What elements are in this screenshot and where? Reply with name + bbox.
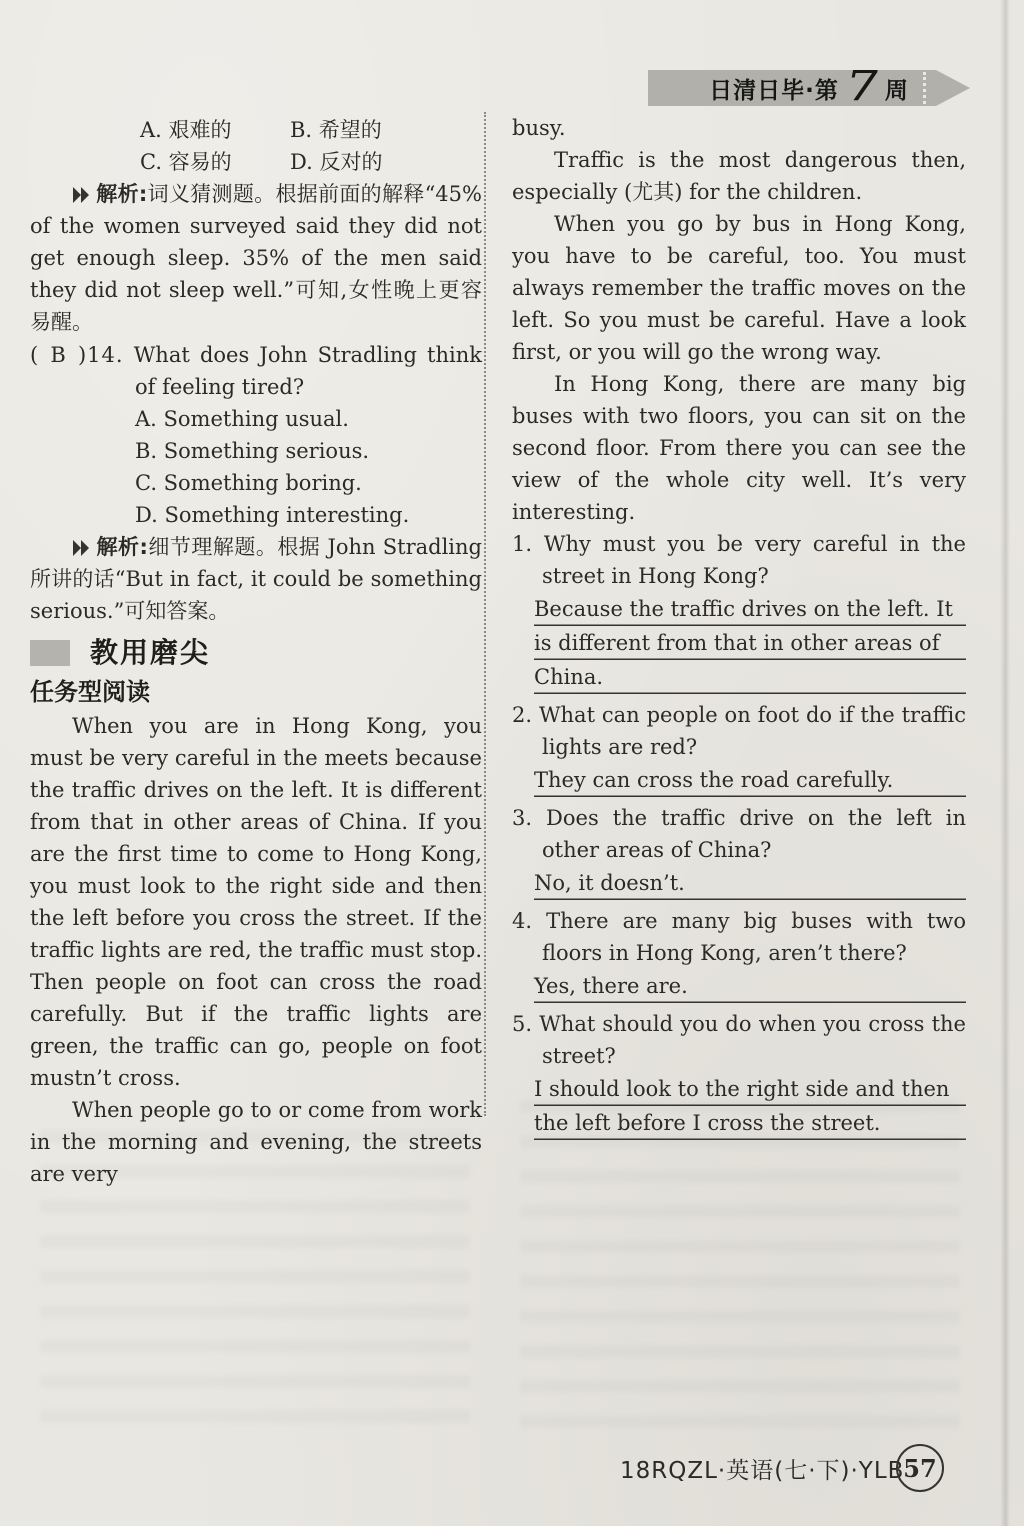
- analysis-label: 解析:: [96, 535, 148, 559]
- question-text: 3. Does the traffic drive on the left in…: [512, 802, 966, 866]
- answer-line: Yes, there are.: [534, 969, 966, 1003]
- question-body: Why must you be very careful in the stre…: [542, 532, 966, 588]
- double-arrow-icon: [72, 539, 92, 557]
- option-b: B. 希望的: [290, 114, 482, 146]
- question-number: 5.: [512, 1012, 532, 1036]
- option-d: D. 反对的: [290, 146, 482, 178]
- right-column: busy. Traffic is the most dangerous then…: [512, 112, 966, 1145]
- question-number: 1.: [512, 532, 532, 556]
- subsection-title: 任务型阅读: [30, 676, 482, 708]
- passage-paragraph-2: When people go to or come from work in t…: [30, 1094, 482, 1190]
- header-banner: 日清日毕·第 7 周: [648, 70, 970, 106]
- page-footer: 18RQZL·英语(七·下)·YLB 57: [0, 1444, 1024, 1492]
- passage-paragraph-5: In Hong Kong, there are many big buses w…: [512, 368, 966, 528]
- passage-paragraph-1: When you are in Hong Kong, you must be v…: [30, 710, 482, 1094]
- question-14-answer-bracket: ( B )14.: [30, 343, 124, 367]
- option-c: C. 容易的: [140, 146, 290, 178]
- reading-question-4: 4. There are many big buses with two flo…: [512, 905, 966, 1003]
- question-body: What can people on foot do if the traffi…: [539, 703, 966, 759]
- word-options-row-2: C. 容易的 D. 反对的: [30, 146, 482, 178]
- question-14-option-a: A. Something usual.: [30, 403, 482, 435]
- word-options-row-1: A. 艰难的 B. 希望的: [30, 114, 482, 146]
- question-number: 4.: [512, 909, 532, 933]
- analysis-paragraph-1: 解析:词义猜测题。根据前面的解释“45% of the women survey…: [30, 178, 482, 338]
- question-number: 3.: [512, 806, 532, 830]
- left-column: A. 艰难的 B. 希望的 C. 容易的 D. 反对的 解析:词义猜测题。根据前…: [30, 114, 482, 1190]
- page-number: 57: [903, 1454, 936, 1483]
- question-14-text: What does John Stradling think of feelin…: [134, 343, 482, 399]
- question-body: Does the traffic drive on the left in ot…: [542, 806, 966, 862]
- reading-question-5: 5. What should you do when you cross the…: [512, 1008, 966, 1140]
- double-arrow-icon: [72, 186, 92, 204]
- banner-title-prefix: 日清日毕·第: [709, 72, 839, 105]
- question-14: ( B )14. What does John Stradling think …: [30, 339, 482, 403]
- answer-line: I should look to the right side and then…: [534, 1072, 966, 1140]
- banner-week-number: 7: [847, 66, 879, 102]
- passage-paragraph-3: Traffic is the most dangerous then, espe…: [512, 144, 966, 208]
- question-14-option-c: C. Something boring.: [30, 467, 482, 499]
- answer-line: Because the traffic drives on the left. …: [534, 592, 966, 694]
- answer-line: No, it doesn’t.: [534, 866, 966, 900]
- question-14-option-d: D. Something interesting.: [30, 499, 482, 531]
- question-text: 4. There are many big buses with two flo…: [512, 905, 966, 969]
- reading-question-2: 2. What can people on foot do if the tra…: [512, 699, 966, 797]
- banner-title-suffix: 周: [885, 72, 909, 105]
- passage-paragraph-4: When you go by bus in Hong Kong, you hav…: [512, 208, 966, 368]
- footer-book-code: 18RQZL·英语(七·下)·YLB: [620, 1452, 904, 1485]
- question-text: 2. What can people on foot do if the tra…: [512, 699, 966, 763]
- page-number-badge: 57: [896, 1444, 944, 1492]
- reading-question-1: 1. Why must you be very careful in the s…: [512, 528, 966, 694]
- reading-question-3: 3. Does the traffic drive on the left in…: [512, 802, 966, 900]
- section-marker-box: [30, 640, 70, 666]
- option-a: A. 艰难的: [140, 114, 290, 146]
- question-text: 5. What should you do when you cross the…: [512, 1008, 966, 1072]
- passage-paragraph-2-continuation: busy.: [512, 112, 966, 144]
- question-14-option-b: B. Something serious.: [30, 435, 482, 467]
- banner-dotted-line: [923, 72, 926, 104]
- answer-line: They can cross the road carefully.: [534, 763, 966, 797]
- question-body: There are many big buses with two floors…: [542, 909, 966, 965]
- analysis-paragraph-2: 解析:细节理解题。根据 John Stradling 所讲的话“But in f…: [30, 531, 482, 627]
- question-text: 1. Why must you be very careful in the s…: [512, 528, 966, 592]
- question-body: What should you do when you cross the st…: [539, 1012, 966, 1068]
- bleed-through-texture-right: [520, 1100, 960, 1430]
- analysis-label: 解析:: [96, 182, 147, 206]
- page-crease: [1000, 0, 1010, 1526]
- question-number: 2.: [512, 703, 532, 727]
- column-divider: [484, 112, 486, 1116]
- section-header: 教用磨尖: [30, 634, 482, 672]
- scanned-workbook-page: 日清日毕·第 7 周 A. 艰难的 B. 希望的 C. 容易的 D. 反对的 解…: [0, 0, 1024, 1526]
- section-title: 教用磨尖: [90, 637, 210, 669]
